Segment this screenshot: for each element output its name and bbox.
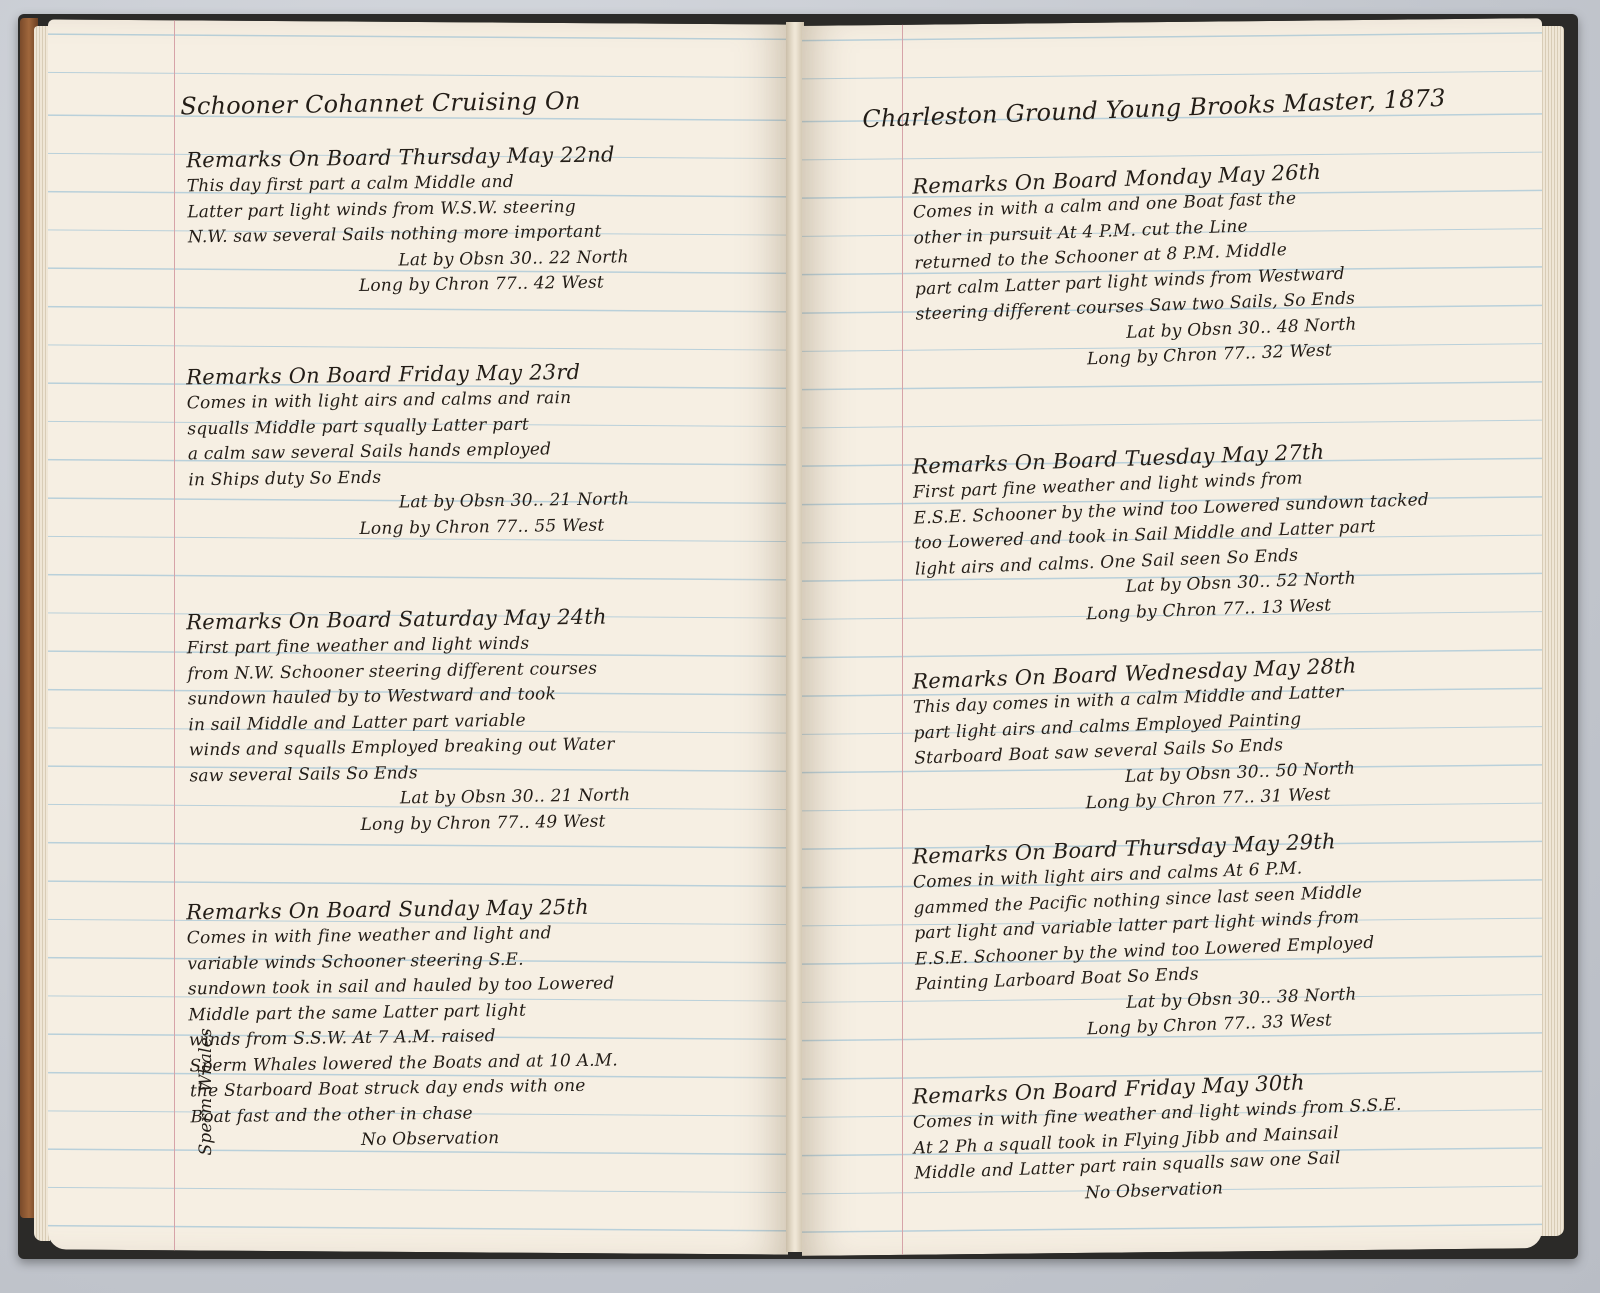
margin-rule [174, 20, 175, 1250]
right-page: Charleston Ground Young Brooks Master, 1… [802, 18, 1542, 1256]
log-entry: Remarks On Board Wednesday May 28th This… [912, 649, 1476, 823]
log-entry: Remarks On Board Tuesday May 27th First … [912, 434, 1476, 633]
page-stack-right [1540, 26, 1564, 1236]
log-entry: Remarks On Board Sunday May 25th Comes i… [186, 893, 751, 1156]
log-entry: Remarks On Board Thursday May 29th Comes… [912, 824, 1477, 1049]
margin-note: Sperm Whales [196, 895, 216, 1155]
log-entry: Remarks On Board Friday May 30th Comes i… [912, 1064, 1475, 1212]
page-heading: Charleston Ground Young Brooks Master, 1… [862, 84, 1446, 133]
log-entry: Remarks On Board Monday May 26th Comes i… [912, 154, 1477, 379]
log-entry: Remarks On Board Friday May 23rd Comes i… [186, 358, 750, 545]
log-entry: Remarks On Board Saturday May 24th First… [186, 603, 751, 841]
log-entry: Remarks On Board Thursday May 22nd This … [186, 141, 749, 302]
page-heading: Schooner Cohannet Cruising On [180, 87, 581, 121]
left-page: Schooner Cohannet Cruising On Remarks On… [48, 19, 788, 1254]
margin-rule [902, 25, 903, 1255]
